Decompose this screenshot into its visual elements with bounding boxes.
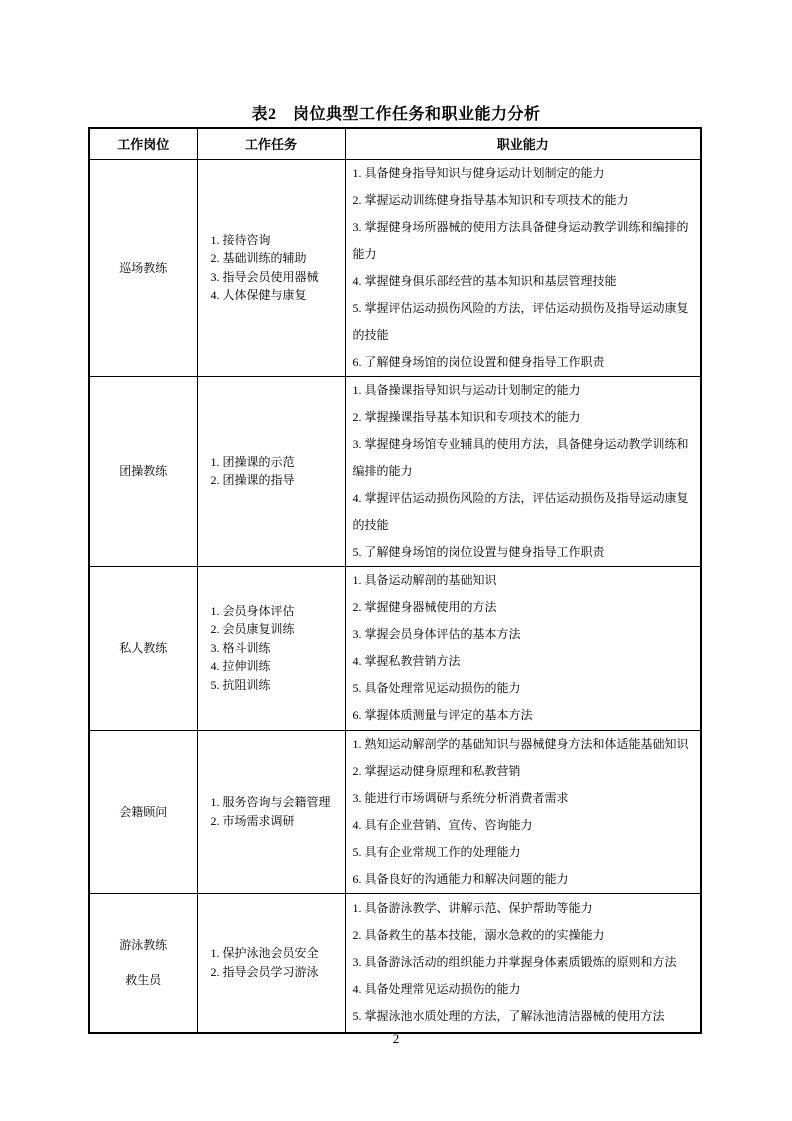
abilities-cell: 1. 熟知运动解剖学的基础知识与器械健身方法和体适能基础知识 2. 掌握运动健身…: [345, 730, 701, 893]
ability-item: 3. 具备游泳活动的组织能力并掌握身体素质锻炼的原则和方法: [353, 949, 696, 976]
position-cell: 私人教练: [89, 566, 197, 730]
ability-item: 3. 掌握会员身体评估的基本方法: [353, 621, 696, 648]
page-number: 2: [0, 1031, 792, 1047]
ability-item: 3. 能进行市场调研与系统分析消费者需求: [353, 785, 696, 812]
task-item: 2. 基础训练的辅助: [211, 249, 345, 268]
position-label: 私人教练: [90, 639, 197, 657]
ability-item: 1. 具备操课指导知识与运动计划制定的能力: [353, 377, 696, 404]
ability-item: 2. 掌握健身器械使用的方法: [353, 594, 696, 621]
tasks-cell: 1. 会员身体评估 2. 会员康复训练 3. 格斗训练 4. 拉伸训练 5. 抗…: [197, 566, 345, 730]
position-cell: 巡场教练: [89, 159, 197, 376]
table-row-membership-consultant: 会籍顾问 1. 服务咨询与会籍管理 2. 市场需求调研 1. 熟知运动解剖学的基…: [89, 730, 701, 893]
table-row-group-exercise-coach: 团操教练 1. 团操课的示范 2. 团操课的指导 1. 具备操课指导知识与运动计…: [89, 376, 701, 566]
ability-item: 6. 具备良好的沟通能力和解决问题的能力: [353, 866, 696, 893]
ability-item: 2. 具备救生的基本技能，溺水急救的的实操能力: [353, 922, 696, 949]
ability-item: 6. 掌握体质测量与评定的基本方法: [353, 702, 696, 729]
task-item: 1. 团操课的示范: [211, 453, 345, 472]
position-label: 团操教练: [90, 462, 197, 480]
tasks-cell: 1. 接待咨询 2. 基础训练的辅助 3. 指导会员使用器械 4. 人体保健与康…: [197, 159, 345, 376]
task-item: 2. 市场需求调研: [211, 812, 345, 831]
ability-item: 4. 掌握健身俱乐部经营的基本知识和基层管理技能: [353, 268, 696, 295]
table-row-swim-coach-lifeguard: 游泳教练 救生员 1. 保护泳池会员安全 2. 指导会员学习游泳 1. 具备游泳…: [89, 893, 701, 1033]
position-label: 救生员: [90, 971, 197, 989]
header-job-position: 工作岗位: [89, 128, 197, 159]
task-item: 1. 保护泳池会员安全: [211, 944, 345, 963]
task-item: 2. 指导会员学习游泳: [211, 963, 345, 982]
position-label: 巡场教练: [90, 259, 197, 277]
tasks-cell: 1. 服务咨询与会籍管理 2. 市场需求调研: [197, 730, 345, 893]
ability-item: 4. 具备处理常见运动损伤的能力: [353, 976, 696, 1003]
task-item: 1. 接待咨询: [211, 231, 345, 250]
table-row-floor-coach: 巡场教练 1. 接待咨询 2. 基础训练的辅助 3. 指导会员使用器械 4. 人…: [89, 159, 701, 376]
task-item: 1. 会员身体评估: [211, 602, 345, 621]
ability-item: 6. 了解健身场馆的岗位设置和健身指导工作职责: [353, 349, 696, 376]
ability-item: 4. 具有企业营销、宣传、咨询能力: [353, 812, 696, 839]
task-item: 3. 指导会员使用器械: [211, 268, 345, 287]
tasks-cell: 1. 保护泳池会员安全 2. 指导会员学习游泳: [197, 893, 345, 1033]
position-label: 游泳教练: [90, 936, 197, 954]
header-job-tasks: 工作任务: [197, 128, 345, 159]
header-abilities: 职业能力: [345, 128, 701, 159]
ability-item: 2. 掌握运动健身原理和私教营销: [353, 758, 696, 785]
ability-item: 1. 具备游泳教学、讲解示范、保护帮助等能力: [353, 895, 696, 922]
abilities-cell: 1. 具备操课指导知识与运动计划制定的能力 2. 掌握操课指导基本知识和专项技术…: [345, 376, 701, 566]
task-item: 4. 拉伸训练: [211, 657, 345, 676]
ability-item: 5. 掌握评估运动损伤风险的方法，评估运动损伤及指导运动康复的技能: [353, 295, 696, 349]
ability-item: 5. 具有企业常规工作的处理能力: [353, 839, 696, 866]
ability-item: 1. 熟知运动解剖学的基础知识与器械健身方法和体适能基础知识: [353, 731, 696, 758]
ability-item: 5. 了解健身场馆的岗位设置与健身指导工作职责: [353, 539, 696, 566]
ability-item: 1. 具备健身指导知识与健身运动计划制定的能力: [353, 160, 696, 187]
abilities-cell: 1. 具备健身指导知识与健身运动计划制定的能力 2. 掌握运动训练健身指导基本知…: [345, 159, 701, 376]
ability-item: 4. 掌握评估运动损伤风险的方法，评估运动损伤及指导运动康复的技能: [353, 485, 696, 539]
header-row: 工作岗位 工作任务 职业能力: [89, 128, 701, 159]
abilities-cell: 1. 具备游泳教学、讲解示范、保护帮助等能力 2. 具备救生的基本技能，溺水急救…: [345, 893, 701, 1033]
position-cell: 游泳教练 救生员: [89, 893, 197, 1033]
ability-item: 2. 掌握运动训练健身指导基本知识和专项技术的能力: [353, 187, 696, 214]
ability-item: 1. 具备运动解剖的基础知识: [353, 567, 696, 594]
task-item: 1. 服务咨询与会籍管理: [211, 793, 345, 812]
ability-item: 3. 掌握健身场馆专业辅具的使用方法，具备健身运动教学训练和编排的能力: [353, 431, 696, 485]
table-title: 表2 岗位典型工作任务和职业能力分析: [0, 101, 792, 124]
task-item: 4. 人体保健与康复: [211, 286, 345, 305]
tasks-cell: 1. 团操课的示范 2. 团操课的指导: [197, 376, 345, 566]
job-analysis-table: 工作岗位 工作任务 职业能力 巡场教练 1. 接待咨询 2. 基础训练的辅助 3…: [88, 127, 702, 1034]
ability-item: 3. 掌握健身场所器械的使用方法具备健身运动教学训练和编排的能力: [353, 214, 696, 268]
ability-item: 4. 掌握私教营销方法: [353, 648, 696, 675]
task-item: 5. 抗阻训练: [211, 676, 345, 695]
task-item: 2. 团操课的指导: [211, 471, 345, 490]
position-label: 会籍顾问: [90, 803, 197, 821]
ability-item: 2. 掌握操课指导基本知识和专项技术的能力: [353, 404, 696, 431]
abilities-cell: 1. 具备运动解剖的基础知识 2. 掌握健身器械使用的方法 3. 掌握会员身体评…: [345, 566, 701, 730]
task-item: 2. 会员康复训练: [211, 620, 345, 639]
task-item: 3. 格斗训练: [211, 639, 345, 658]
table-row-personal-trainer: 私人教练 1. 会员身体评估 2. 会员康复训练 3. 格斗训练 4. 拉伸训练…: [89, 566, 701, 730]
position-cell: 会籍顾问: [89, 730, 197, 893]
ability-item: 5. 具备处理常见运动损伤的能力: [353, 675, 696, 702]
position-cell: 团操教练: [89, 376, 197, 566]
ability-item: 5. 掌握泳池水质处理的方法，了解泳池清洁器械的使用方法: [353, 1003, 696, 1030]
